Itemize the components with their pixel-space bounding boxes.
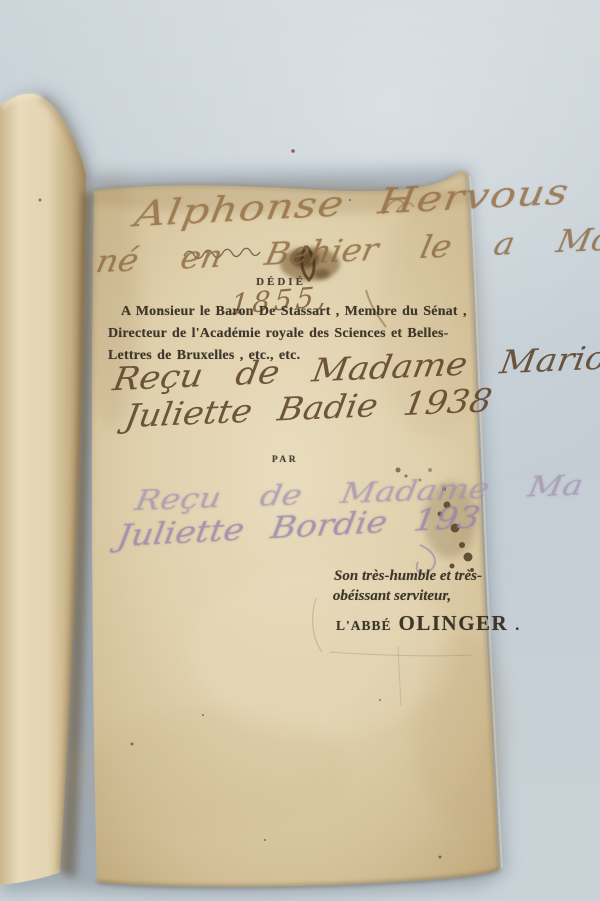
- printed-par-label: PAR: [252, 456, 318, 466]
- signature-period: .: [515, 618, 519, 635]
- signature-name: OLINGER: [399, 612, 509, 634]
- closing-formula-line-1: Son très-humble et très-: [312, 569, 504, 585]
- handwriting-owner-name: Alphonse Hervous: [132, 174, 572, 234]
- signature-line: L'ABBÉ OLINGER .: [336, 612, 519, 635]
- dedication-line-1: A Monsieur le Baron De Stassart , Membre…: [121, 305, 467, 320]
- closing-formula-line-2: obéissant serviteur,: [296, 589, 488, 605]
- dedication-line-2: Directeur de l'Académie royale des Scien…: [108, 327, 449, 342]
- page-text-layer: Alphonse Hervous né en Behier le a Mon D…: [0, 0, 600, 901]
- photo-antique-book-page: Alphonse Hervous né en Behier le a Mon D…: [0, 0, 600, 901]
- signature-title: L'ABBÉ: [336, 619, 392, 633]
